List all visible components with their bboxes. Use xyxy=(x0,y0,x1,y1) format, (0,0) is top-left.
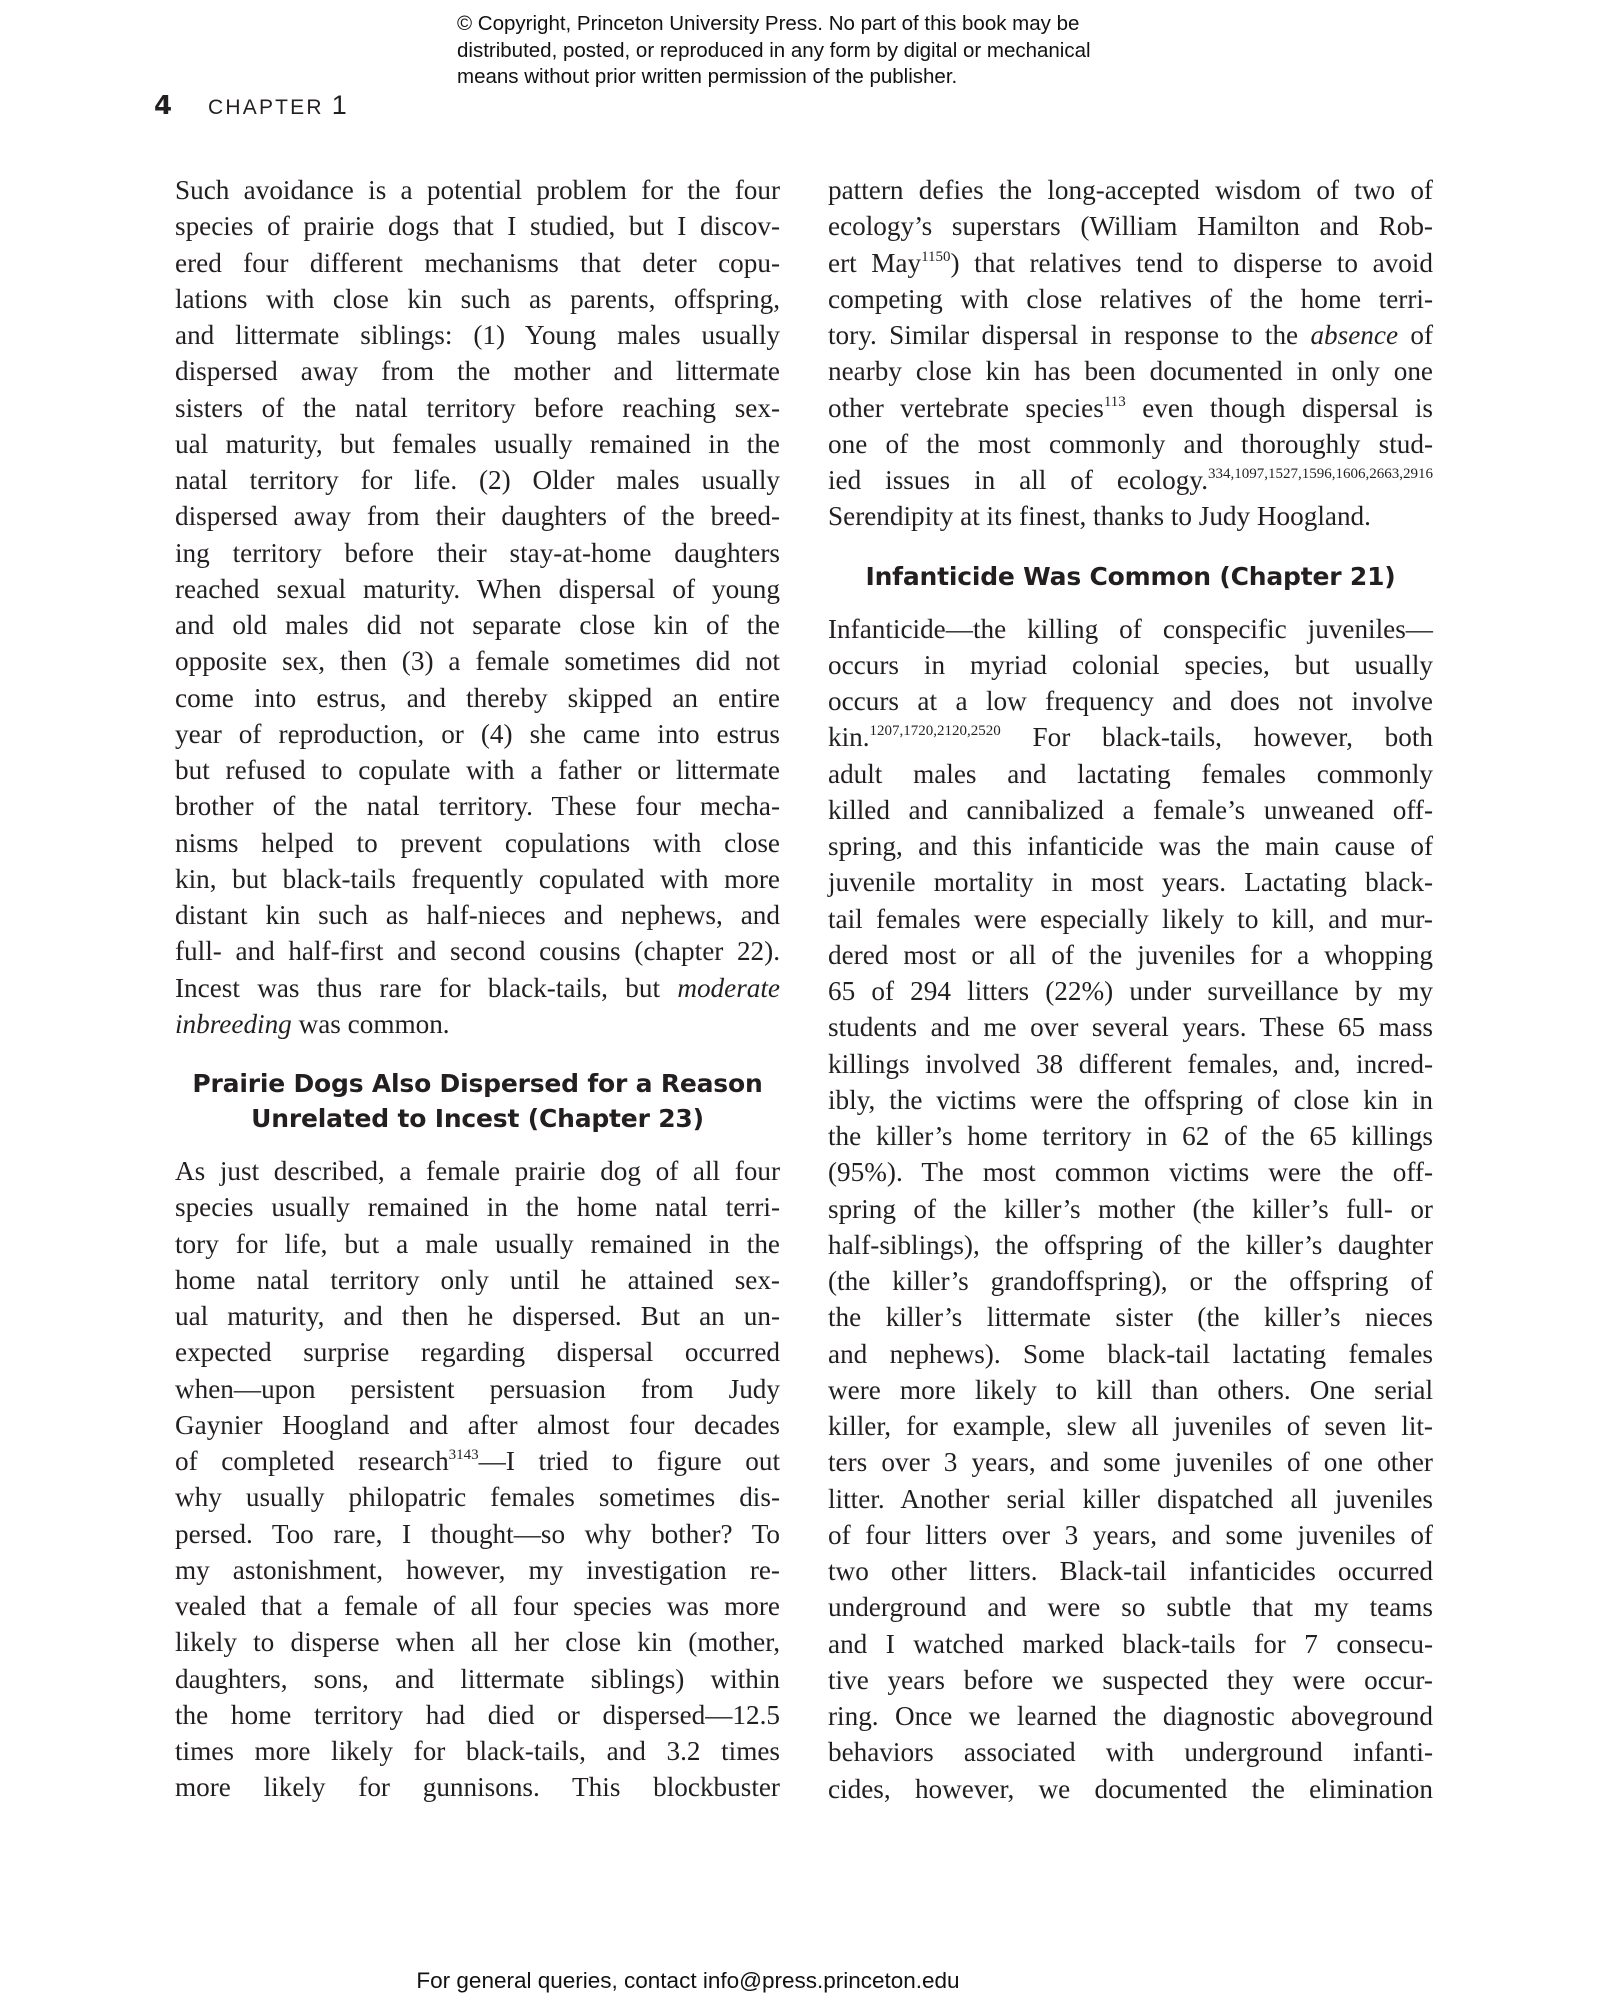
text-line: ied issues in all of ecology.334,1097,15… xyxy=(828,462,1433,498)
heading-line: Prairie Dogs Also Dispersed for a Reason xyxy=(175,1066,780,1101)
text-line: adult males and lactating females common… xyxy=(828,756,1433,792)
italic-text: absence xyxy=(1310,320,1398,350)
copyright-line: distributed, posted, or reproduced in an… xyxy=(457,38,1177,65)
text-line: and nephews). Some black-tail lactating … xyxy=(828,1336,1433,1372)
text-line: competing with close relatives of the ho… xyxy=(828,281,1433,317)
text-line: kin, but black-tails frequently copulate… xyxy=(175,861,780,897)
text-line: tory for life, but a male usually remain… xyxy=(175,1226,780,1262)
text-line: but refused to copulate with a father or… xyxy=(175,752,780,788)
text-line: two other litters. Black-tail infanticid… xyxy=(828,1553,1433,1589)
text-line: tive years before we suspected they were… xyxy=(828,1662,1433,1698)
right-column: pattern defies the long-accepted wisdom … xyxy=(828,172,1433,1807)
copyright-line: means without prior written permission o… xyxy=(457,64,1177,91)
citation-ref: 334,1097,1527,1596,1606,2663,2916 xyxy=(1208,466,1433,482)
citation-ref: 1207,1720,2120,2520 xyxy=(870,723,1001,739)
text-line: juvenile mortality in most years. Lactat… xyxy=(828,864,1433,900)
text-run: kin. xyxy=(828,722,870,752)
text-run: ert May xyxy=(828,248,921,278)
paragraph-infanticide: Infanticide—the killing of conspecific j… xyxy=(828,611,1433,1807)
left-column: Such avoidance is a potential problem fo… xyxy=(175,172,780,1806)
italic-text: inbreeding xyxy=(175,1009,292,1039)
text-line: 65 of 294 litters (22%) under surveillan… xyxy=(828,973,1433,1009)
text-line: reached sexual maturity. When dispersal … xyxy=(175,571,780,607)
text-line: half-siblings), the offspring of the kil… xyxy=(828,1227,1433,1263)
text-line: come into estrus, and thereby skipped an… xyxy=(175,680,780,716)
text-line: expected surprise regarding dispersal oc… xyxy=(175,1334,780,1370)
text-line: and old males did not separate close kin… xyxy=(175,607,780,643)
text-line: species of prairie dogs that I studied, … xyxy=(175,208,780,244)
text-line: killer, for example, slew all juveniles … xyxy=(828,1408,1433,1444)
text-line: inbreeding was common. xyxy=(175,1006,780,1042)
text-run: was common. xyxy=(292,1009,450,1039)
text-line: ecology’s superstars (William Hamilton a… xyxy=(828,208,1433,244)
text-line: when—upon persistent persuasion from Jud… xyxy=(175,1371,780,1407)
text-line: home natal territory only until he attai… xyxy=(175,1262,780,1298)
text-run: ) that relatives tend to disperse to avo… xyxy=(951,248,1433,278)
text-run: of completed research xyxy=(175,1446,449,1476)
citation-ref: 113 xyxy=(1104,394,1126,410)
text-line: the killer’s home territory in 62 of the… xyxy=(828,1118,1433,1154)
text-run: Incest was thus rare for black-tails, bu… xyxy=(175,973,660,1003)
text-line: spring, and this infanticide was the mai… xyxy=(828,828,1433,864)
text-line: ered four different mechanisms that dete… xyxy=(175,245,780,281)
text-line: pattern defies the long-accepted wisdom … xyxy=(828,172,1433,208)
text-line: Serendipity at its finest, thanks to Jud… xyxy=(828,498,1433,534)
text-line: spring of the killer’s mother (the kille… xyxy=(828,1191,1433,1227)
text-line: Infanticide—the killing of conspecific j… xyxy=(828,611,1433,647)
text-line: one of the most commonly and thoroughly … xyxy=(828,426,1433,462)
text-line: were more likely to kill than others. On… xyxy=(828,1372,1433,1408)
text-line: dered most or all of the juveniles for a… xyxy=(828,937,1433,973)
text-line: full- and half-first and second cousins … xyxy=(175,933,780,969)
text-line: students and me over several years. Thes… xyxy=(828,1009,1433,1045)
copyright-notice: © Copyright, Princeton University Press.… xyxy=(457,11,1177,91)
text-run: other vertebrate species xyxy=(828,393,1104,423)
text-line: killings involved 38 different females, … xyxy=(828,1046,1433,1082)
text-line: distant kin such as half-nieces and neph… xyxy=(175,897,780,933)
text-run: of xyxy=(1398,320,1433,350)
text-line: dispersed away from their daughters of t… xyxy=(175,498,780,534)
footer-contact: For general queries, contact info@press.… xyxy=(0,1968,1376,1994)
text-run: ied issues in all of ecology. xyxy=(828,465,1208,495)
text-line: occurs in myriad colonial species, but u… xyxy=(828,647,1433,683)
text-line: likely to disperse when all her close ki… xyxy=(175,1624,780,1660)
text-line: of four litters over 3 years, and some j… xyxy=(828,1517,1433,1553)
text-line: year of reproduction, or (4) she came in… xyxy=(175,716,780,752)
text-line: (95%). The most common victims were the … xyxy=(828,1154,1433,1190)
text-line: ual maturity, but females usually remain… xyxy=(175,426,780,462)
text-line: dispersed away from the mother and litte… xyxy=(175,353,780,389)
text-line: nearby close kin has been documented in … xyxy=(828,353,1433,389)
paragraph-avoidance-mechanisms: Such avoidance is a potential problem fo… xyxy=(175,172,780,1042)
text-line: opposite sex, then (3) a female sometime… xyxy=(175,643,780,679)
text-line: of completed research3143—I tried to fig… xyxy=(175,1443,780,1479)
text-line: kin.1207,1720,2120,2520 For black-tails,… xyxy=(828,719,1433,755)
text-line: nisms helped to prevent copulations with… xyxy=(175,825,780,861)
text-line: species usually remained in the home nat… xyxy=(175,1189,780,1225)
running-head: 4 CHAPTER 1 xyxy=(154,90,347,126)
text-line: ibly, the victims were the offspring of … xyxy=(828,1082,1433,1118)
text-line: As just described, a female prairie dog … xyxy=(175,1153,780,1189)
text-line: times more likely for black-tails, and 3… xyxy=(175,1733,780,1769)
heading-line: Unrelated to Incest (Chapter 23) xyxy=(175,1101,780,1136)
chapter-number: 1 xyxy=(332,90,347,121)
italic-text: moderate xyxy=(677,973,780,1003)
text-line: ual maturity, and then he dispersed. But… xyxy=(175,1298,780,1334)
text-line: vealed that a female of all four species… xyxy=(175,1588,780,1624)
text-line: the home territory had died or dispersed… xyxy=(175,1697,780,1733)
text-line: other vertebrate species113 even though … xyxy=(828,390,1433,426)
text-line: ert May1150) that relatives tend to disp… xyxy=(828,245,1433,281)
text-run: even though dispersal is xyxy=(1126,393,1433,423)
text-line: behaviors associated with underground in… xyxy=(828,1734,1433,1770)
text-line: and littermate siblings: (1) Young males… xyxy=(175,317,780,353)
text-line: lations with close kin such as parents, … xyxy=(175,281,780,317)
text-line: tail females were especially likely to k… xyxy=(828,901,1433,937)
text-line: and I watched marked black-tails for 7 c… xyxy=(828,1626,1433,1662)
text-line: my astonishment, however, my investigati… xyxy=(175,1552,780,1588)
text-line: Incest was thus rare for black-tails, bu… xyxy=(175,970,780,1006)
text-line: killed and cannibalized a female’s unwea… xyxy=(828,792,1433,828)
text-line: ing territory before their stay-at-home … xyxy=(175,535,780,571)
text-line: underground and were so subtle that my t… xyxy=(828,1589,1433,1625)
section-heading-infanticide: Infanticide Was Common (Chapter 21) xyxy=(828,559,1433,594)
page-number: 4 xyxy=(154,91,208,121)
text-line: daughters, sons, and littermate siblings… xyxy=(175,1661,780,1697)
chapter-label: CHAPTER xyxy=(208,96,324,120)
text-line: persed. Too rare, I thought—so why bothe… xyxy=(175,1516,780,1552)
section-heading-dispersal: Prairie Dogs Also Dispersed for a Reason… xyxy=(175,1066,780,1136)
text-line: more likely for gunnisons. This blockbus… xyxy=(175,1769,780,1805)
text-run: —I tried to figure out xyxy=(479,1446,780,1476)
text-line: occurs at a low frequency and does not i… xyxy=(828,683,1433,719)
text-line: sisters of the natal territory before re… xyxy=(175,390,780,426)
citation-ref: 3143 xyxy=(449,1447,479,1463)
text-line: ters over 3 years, and some juveniles of… xyxy=(828,1444,1433,1480)
text-run: For black-tails, however, both xyxy=(1001,722,1433,752)
text-line: tory. Similar dispersal in response to t… xyxy=(828,317,1433,353)
copyright-line: © Copyright, Princeton University Press.… xyxy=(457,11,1177,38)
text-run: tory. Similar dispersal in response to t… xyxy=(828,320,1310,350)
paragraph-dispersal-continued: pattern defies the long-accepted wisdom … xyxy=(828,172,1433,535)
text-line: Such avoidance is a potential problem fo… xyxy=(175,172,780,208)
text-line: Gaynier Hoogland and after almost four d… xyxy=(175,1407,780,1443)
text-line: ring. Once we learned the diagnostic abo… xyxy=(828,1698,1433,1734)
citation-ref: 1150 xyxy=(921,249,950,265)
text-line: why usually philopatric females sometime… xyxy=(175,1479,780,1515)
text-line: the killer’s littermate sister (the kill… xyxy=(828,1299,1433,1335)
text-line: litter. Another serial killer dispatched… xyxy=(828,1481,1433,1517)
text-line: brother of the natal territory. These fo… xyxy=(175,788,780,824)
text-line: natal territory for life. (2) Older male… xyxy=(175,462,780,498)
text-line: (the killer’s grandoffspring), or the of… xyxy=(828,1263,1433,1299)
text-line: cides, however, we documented the elimin… xyxy=(828,1771,1433,1807)
paragraph-dispersal: As just described, a female prairie dog … xyxy=(175,1153,780,1806)
